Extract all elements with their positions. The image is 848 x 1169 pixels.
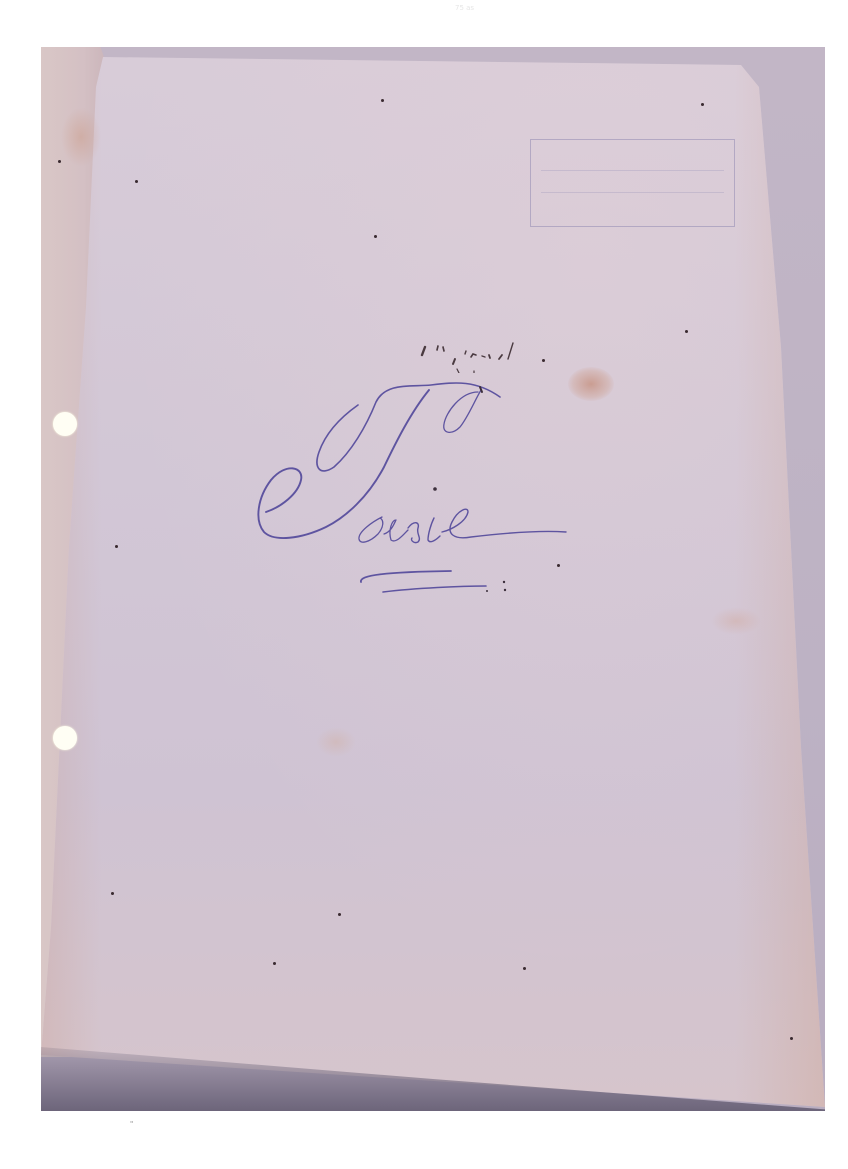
ink-speck bbox=[374, 235, 377, 238]
stamp-line bbox=[541, 170, 724, 171]
ink-speck bbox=[381, 99, 384, 102]
stamp-label-box bbox=[530, 139, 735, 227]
ink-speck bbox=[557, 564, 560, 567]
scanned-document: Poesie bbox=[41, 47, 825, 1111]
punch-hole-bottom bbox=[53, 726, 77, 750]
footer-mark: " bbox=[130, 1120, 133, 1128]
ink-speck bbox=[685, 330, 688, 333]
ink-speck bbox=[115, 545, 118, 548]
ink-speck bbox=[701, 103, 704, 106]
top-margin-mark: 75 as bbox=[455, 4, 474, 12]
ink-speck bbox=[542, 359, 545, 362]
ink-speck bbox=[338, 913, 341, 916]
stamp-line bbox=[541, 192, 724, 193]
ink-speck bbox=[135, 180, 138, 183]
ink-speck bbox=[58, 160, 61, 163]
pencil-annotation bbox=[407, 333, 557, 373]
ink-speck bbox=[111, 892, 114, 895]
punch-hole-top bbox=[53, 412, 77, 436]
ink-speck bbox=[523, 967, 526, 970]
ink-speck bbox=[273, 962, 276, 965]
ink-speck bbox=[790, 1037, 793, 1040]
handwritten-title-poesie bbox=[246, 372, 576, 602]
